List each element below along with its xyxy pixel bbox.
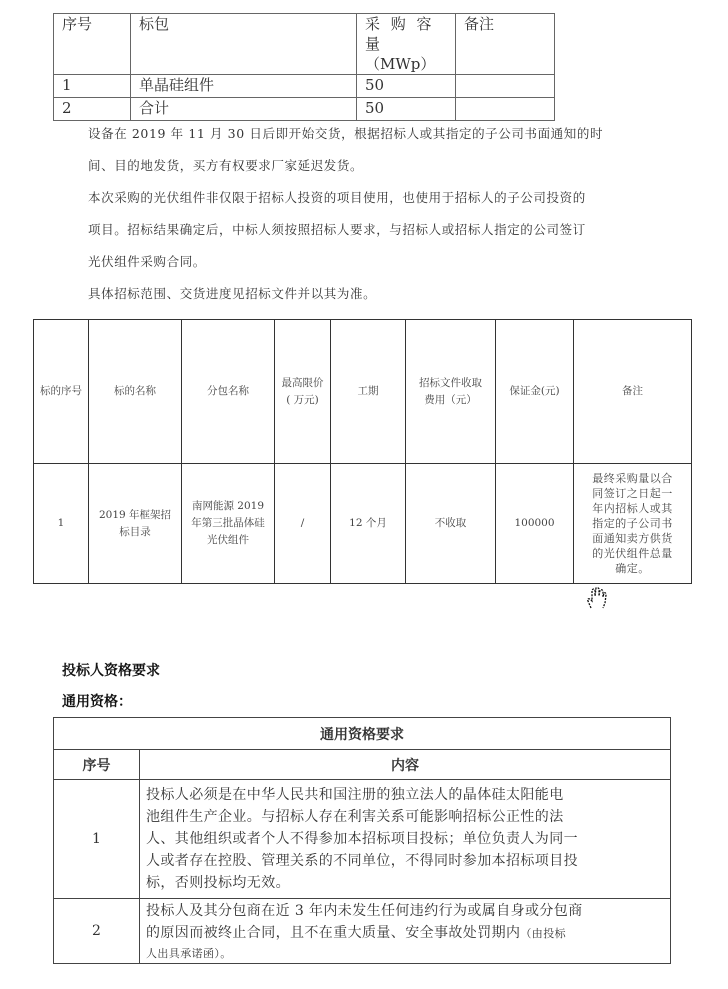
- header-max-price: 最高限价 ( 万元): [275, 320, 331, 464]
- capacity-table: 序号 标包 采 购 容 量 （MWp） 备注 1 单晶硅组件 50 2 合计 5…: [53, 13, 555, 121]
- remark-cell: 最终采购量以合 同签订之日起一 年内招标人或其 指定的子公司书 面通知卖方供货 …: [574, 464, 692, 584]
- paragraph-line: 间、目的地发货，买方有权要求厂家延迟发货。: [88, 156, 363, 174]
- table-row: 2 合计 50: [54, 98, 555, 121]
- header-capacity: 采 购 容 量 （MWp）: [357, 14, 456, 75]
- header-bid-no: 标的序号: [34, 320, 89, 464]
- header-sub-package: 分包名称: [182, 320, 275, 464]
- table-row: 1 单晶硅组件 50: [54, 75, 555, 98]
- header-deposit: 保证金(元): [496, 320, 574, 464]
- table-row: 1 2019 年框架招 标目录 南网能源 2019 年第三批晶体硅 光伏组件 /…: [34, 464, 692, 584]
- capacity-table-header: 序号 标包 采 购 容 量 （MWp） 备注: [54, 14, 555, 75]
- paragraph-line: 光伏组件采购合同。: [88, 252, 206, 270]
- general-qualification-heading: 通用资格：: [62, 691, 132, 711]
- qualification-table-title: 通用资格要求: [54, 718, 671, 750]
- paragraph-line: 本次采购的光伏组件非仅限于招标人投资的项目使用，也使用于招标人的子公司投资的: [88, 188, 586, 206]
- qualification-table: 通用资格要求 序号 内容 1 投标人必须是在中华人民共和国注册的独立法人的晶体硅…: [53, 717, 671, 964]
- table-row: 2 投标人及其分包商在近 3 年内未发生任何违约行为或属自身或分包商 的原因而被…: [54, 899, 671, 964]
- paragraph-line: 项目。招标结果确定后，中标人须按照招标人要求，与招标人或招标人指定的公司签订: [88, 220, 586, 238]
- bid-table-header: 标的序号 标的名称 分包名称 最高限价 ( 万元) 工期 招标文件收取 费用（元…: [34, 320, 692, 464]
- bid-table: 标的序号 标的名称 分包名称 最高限价 ( 万元) 工期 招标文件收取 费用（元…: [33, 319, 692, 584]
- header-remark: 备注: [574, 320, 692, 464]
- paragraph-line: 设备在 2019 年 11 月 30 日后即开始交货，根据招标人或其指定的子公司…: [88, 124, 603, 142]
- header-period: 工期: [331, 320, 406, 464]
- header-remark: 备注: [456, 14, 555, 75]
- paragraph-line: 具体招标范围、交货进度见招标文件并以其为准。: [88, 284, 376, 302]
- header-content: 内容: [140, 750, 671, 780]
- qualification-heading: 投标人资格要求: [62, 660, 160, 680]
- header-package: 标包: [131, 14, 357, 75]
- header-no: 序号: [54, 750, 140, 780]
- table-row: 1 投标人必须是在中华人民共和国注册的独立法人的晶体硅太阳能电 池组件生产企业。…: [54, 780, 671, 899]
- header-no: 序号: [54, 14, 131, 75]
- header-fee: 招标文件收取 费用（元）: [406, 320, 496, 464]
- header-bid-name: 标的名称: [89, 320, 182, 464]
- hand-pointer-icon: [583, 584, 609, 610]
- qualification-table-header: 序号 内容: [54, 750, 671, 780]
